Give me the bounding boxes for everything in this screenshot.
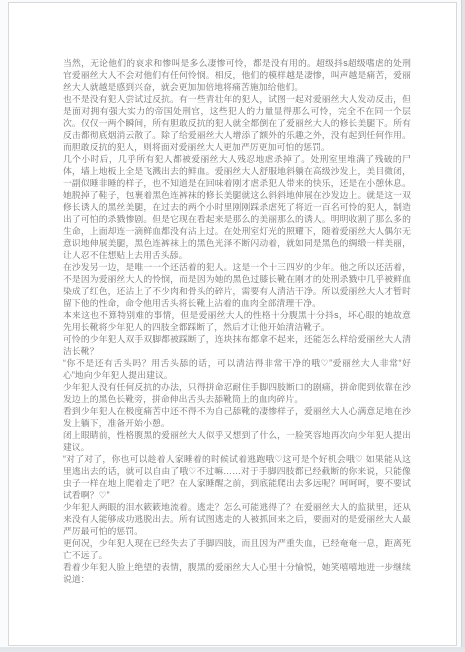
page-content: 当然，无论他们的哀求和惨叫是多么凄惨可怜，都是没有用的。超级抖s超级嗜虐的处刑官…	[63, 57, 411, 585]
novel-page: 当然，无论他们的哀求和惨叫是多么凄惨可怜，都是没有用的。超级抖s超级嗜虐的处刑官…	[8, 2, 457, 646]
paragraph: 也不是没有犯人尝试过反抗。有一些青壮年的犯人，试图一起对爱丽丝大人发动反击，但是…	[63, 93, 411, 153]
paragraph: 当然，无论他们的哀求和惨叫是多么凄惨可怜，都是没有用的。超级抖s超级嗜虐的处刑官…	[63, 57, 411, 93]
paragraph: “对了对了，你也可以趁着人家睡着的时候试着逃跑哦♡这可是个好机会哦♡ 如果能从这…	[63, 453, 411, 501]
paragraph: 闭上眼睛前，性格腹黑的爱丽丝大人似乎又想到了什么，一脸笑容地再次向少年犯人提出建…	[63, 429, 411, 453]
paragraph: 更何况，少年犯人现在已经失去了手脚四肢，而且因为严重失血，已经奄奄一息，距离死亡…	[63, 537, 411, 561]
paragraph: 少年犯人没有任何反抗的办法，只得拼命忍耐住手脚四肢断口的剧痛，拼命爬到依靠在沙发…	[63, 381, 411, 405]
paragraph: 几个小时后，几乎所有犯人都被爱丽丝大人残忍地虐杀掉了。处刑室里堆满了残破的尸体，…	[63, 153, 411, 261]
paragraph: 看着少年犯人脸上绝望的表情，腹黑的爱丽丝大人心里十分愉悦，她笑嘻嘻地进一步继续说…	[63, 561, 411, 585]
paragraph: 少年犯人两眼的泪水簌簌地流着。逃走？怎么可能逃得了？在爱丽丝大人的监狱里，还从来…	[63, 501, 411, 537]
window-bottom-edge	[0, 647, 465, 652]
scrollbar-track[interactable]	[461, 0, 465, 652]
paragraph: 在沙发另一边，是唯一一个还活着的犯人。这是一个十三四岁的少年。他之所以还活着，不…	[63, 261, 411, 309]
paragraph: 看到少年犯人在极度痛苦中还不得不为自己舔靴的凄惨样子，爱丽丝大人心满意足地在沙发…	[63, 405, 411, 429]
paragraph: 可怜的少年犯人双手双脚都被踩断了，连块抹布都拿不起来，还能怎么样给爱丽丝大人清洁…	[63, 333, 411, 357]
document-viewport: 当然，无论他们的哀求和惨叫是多么凄惨可怜，都是没有用的。超级抖s超级嗜虐的处刑官…	[0, 0, 465, 652]
paragraph: 本来这也不算特别难的事情，但是爱丽丝大人的性格十分腹黑十分抖s，坏心眼的她故意先…	[63, 309, 411, 333]
paragraph: “你不是还有舌头吗？用舌头舔的话，可以清洁得非常干净的哦♡”爱丽丝大人非常“好心…	[63, 357, 411, 381]
